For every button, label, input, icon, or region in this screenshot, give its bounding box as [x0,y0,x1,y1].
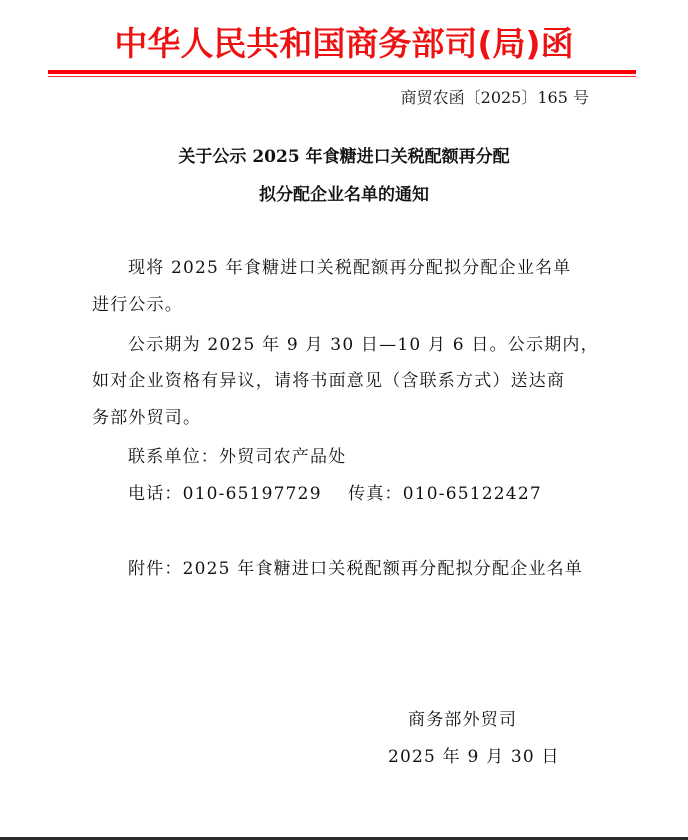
document-title-line-2: 拟分配企业名单的通知 [0,183,688,207]
contact-phone-fax: 电话：010-65197729 传真：010-65122427 [128,482,542,506]
signature-department: 商务部外贸司 [408,708,517,732]
contact-unit: 联系单位：外贸司农产品处 [128,445,346,469]
paragraph-1-line-1: 现将 2025 年食糖进口关税配额再分配拟分配企业名单 [128,256,571,280]
signature-date: 2025 年 9 月 30 日 [388,745,560,769]
document-page: 中华人民共和国商务部司(局)函 商贸农函〔2025〕165 号 关于公示 202… [0,0,688,838]
paragraph-2-line-1: 公示期为 2025 年 9 月 30 日—10 月 6 日。公示期内， [128,333,599,357]
paragraph-2-line-3: 务部外贸司。 [92,406,201,430]
document-title-line-1: 关于公示 2025 年食糖进口关税配额再分配 [0,145,688,169]
issuer-header: 中华人民共和国商务部司(局)函 [0,22,688,66]
header-rule-thin [48,76,636,77]
header-rule-thick [48,70,636,74]
paragraph-2-line-2: 如对企业资格有异议，请将书面意见（含联系方式）送达商 [92,369,565,393]
paragraph-1-line-2: 进行公示。 [92,293,183,317]
attachment-line[interactable]: 附件：2025 年食糖进口关税配额再分配拟分配企业名单 [128,557,583,581]
document-number: 商贸农函〔2025〕165 号 [401,86,589,110]
